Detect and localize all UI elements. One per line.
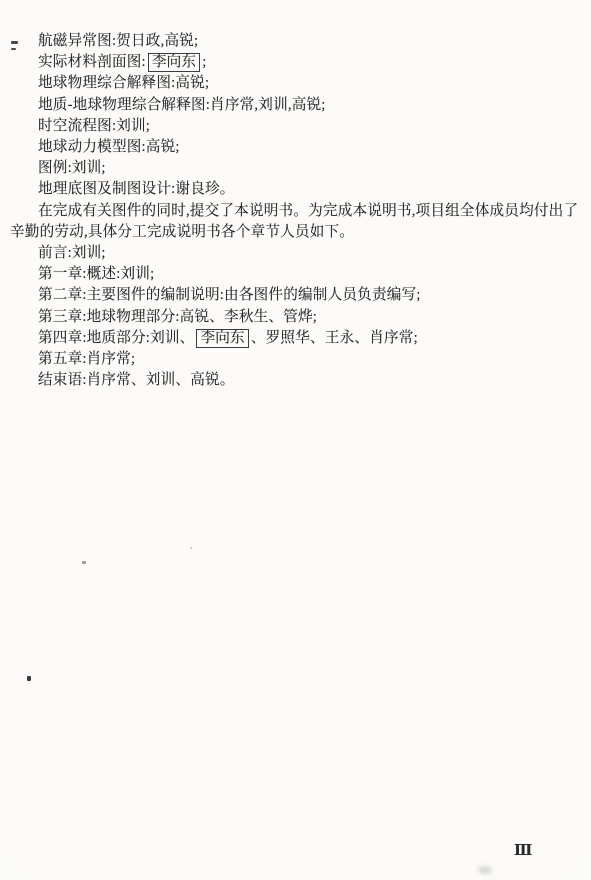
- text-segment: 辛勤的劳动,具体分工完成说明书各个章节人员如下。: [10, 224, 354, 240]
- text-line: 第四章:地质部分:刘训、李向东、罗照华、王永、肖序常;: [10, 328, 585, 349]
- text-line: 第一章:概述:刘训;: [10, 264, 585, 285]
- text-line: 地球物理综合解释图:高锐;: [10, 73, 585, 94]
- text-line: 辛勤的劳动,具体分工完成说明书各个章节人员如下。: [10, 222, 585, 243]
- text-segment: 前言:刘训;: [38, 245, 106, 261]
- text-segment: 地理底图及制图设计:谢良珍。: [38, 181, 235, 197]
- text-line: 第二章:主要图件的编制说明:由各图件的编制人员负责编写;: [10, 285, 585, 306]
- text-line: 地理底图及制图设计:谢良珍。: [10, 179, 585, 200]
- text-line: 地质-地球物理综合解释图:肖序常,刘训,高锐;: [10, 95, 585, 116]
- text-segment: 实际材料剖面图:: [38, 54, 146, 70]
- text-segment: 在完成有关图件的同时,提交了本说明书。为完成本说明书,项目组全体成员均付出了: [38, 203, 578, 219]
- text-line: 在完成有关图件的同时,提交了本说明书。为完成本说明书,项目组全体成员均付出了: [10, 201, 585, 222]
- page-background: 航磁异常图:贺日政,高锐;实际材料剖面图:李向东;地球物理综合解释图:高锐;地质…: [0, 0, 591, 880]
- boxed-name: 李向东: [196, 329, 248, 348]
- text-segment: 第一章:概述:刘训;: [38, 266, 154, 282]
- text-line: 图例:刘训;: [10, 158, 585, 179]
- text-segment: 第五章:肖序常;: [38, 351, 135, 367]
- text-segment: 第四章:地质部分:刘训、: [38, 330, 194, 346]
- scan-speck: [82, 561, 86, 564]
- scanned-document-page: { "page": { "background_color": "#f8f7f4…: [0, 0, 591, 880]
- text-segment: 、罗照华、王永、肖序常;: [251, 330, 418, 346]
- text-block: 航磁异常图:贺日政,高锐;实际材料剖面图:李向东;地球物理综合解释图:高锐;地质…: [10, 31, 585, 391]
- scan-speck: [190, 547, 192, 549]
- text-line: 地球动力模型图:高锐;: [10, 137, 585, 158]
- text-segment: 航磁异常图:贺日政,高锐;: [38, 33, 198, 49]
- text-segment: ;: [202, 54, 206, 70]
- text-segment: 第三章:地球物理部分:高锐、李秋生、管烨;: [38, 309, 317, 325]
- text-segment: 时空流程图:刘训;: [38, 118, 150, 134]
- text-line: 前言:刘训;: [10, 243, 585, 264]
- text-segment: 地球动力模型图:高锐;: [38, 139, 180, 155]
- page-number: Ⅲ: [514, 841, 532, 860]
- boxed-name: 李向东: [148, 53, 200, 72]
- scan-smudge: [478, 866, 492, 874]
- text-line: 实际材料剖面图:李向东;: [10, 52, 585, 73]
- text-line: 航磁异常图:贺日政,高锐;: [10, 31, 585, 52]
- text-line: 第五章:肖序常;: [10, 349, 585, 370]
- scan-speck: [27, 676, 31, 681]
- text-line: 结束语:肖序常、刘训、高锐。: [10, 370, 585, 391]
- text-segment: 地质-地球物理综合解释图:肖序常,刘训,高锐;: [38, 97, 326, 113]
- text-segment: 图例:刘训;: [38, 160, 106, 176]
- text-segment: 地球物理综合解释图:高锐;: [38, 75, 209, 91]
- text-segment: 结束语:肖序常、刘训、高锐。: [38, 372, 235, 388]
- text-line: 时空流程图:刘训;: [10, 116, 585, 137]
- text-segment: 第二章:主要图件的编制说明:由各图件的编制人员负责编写;: [38, 287, 421, 303]
- text-line: 第三章:地球物理部分:高锐、李秋生、管烨;: [10, 307, 585, 328]
